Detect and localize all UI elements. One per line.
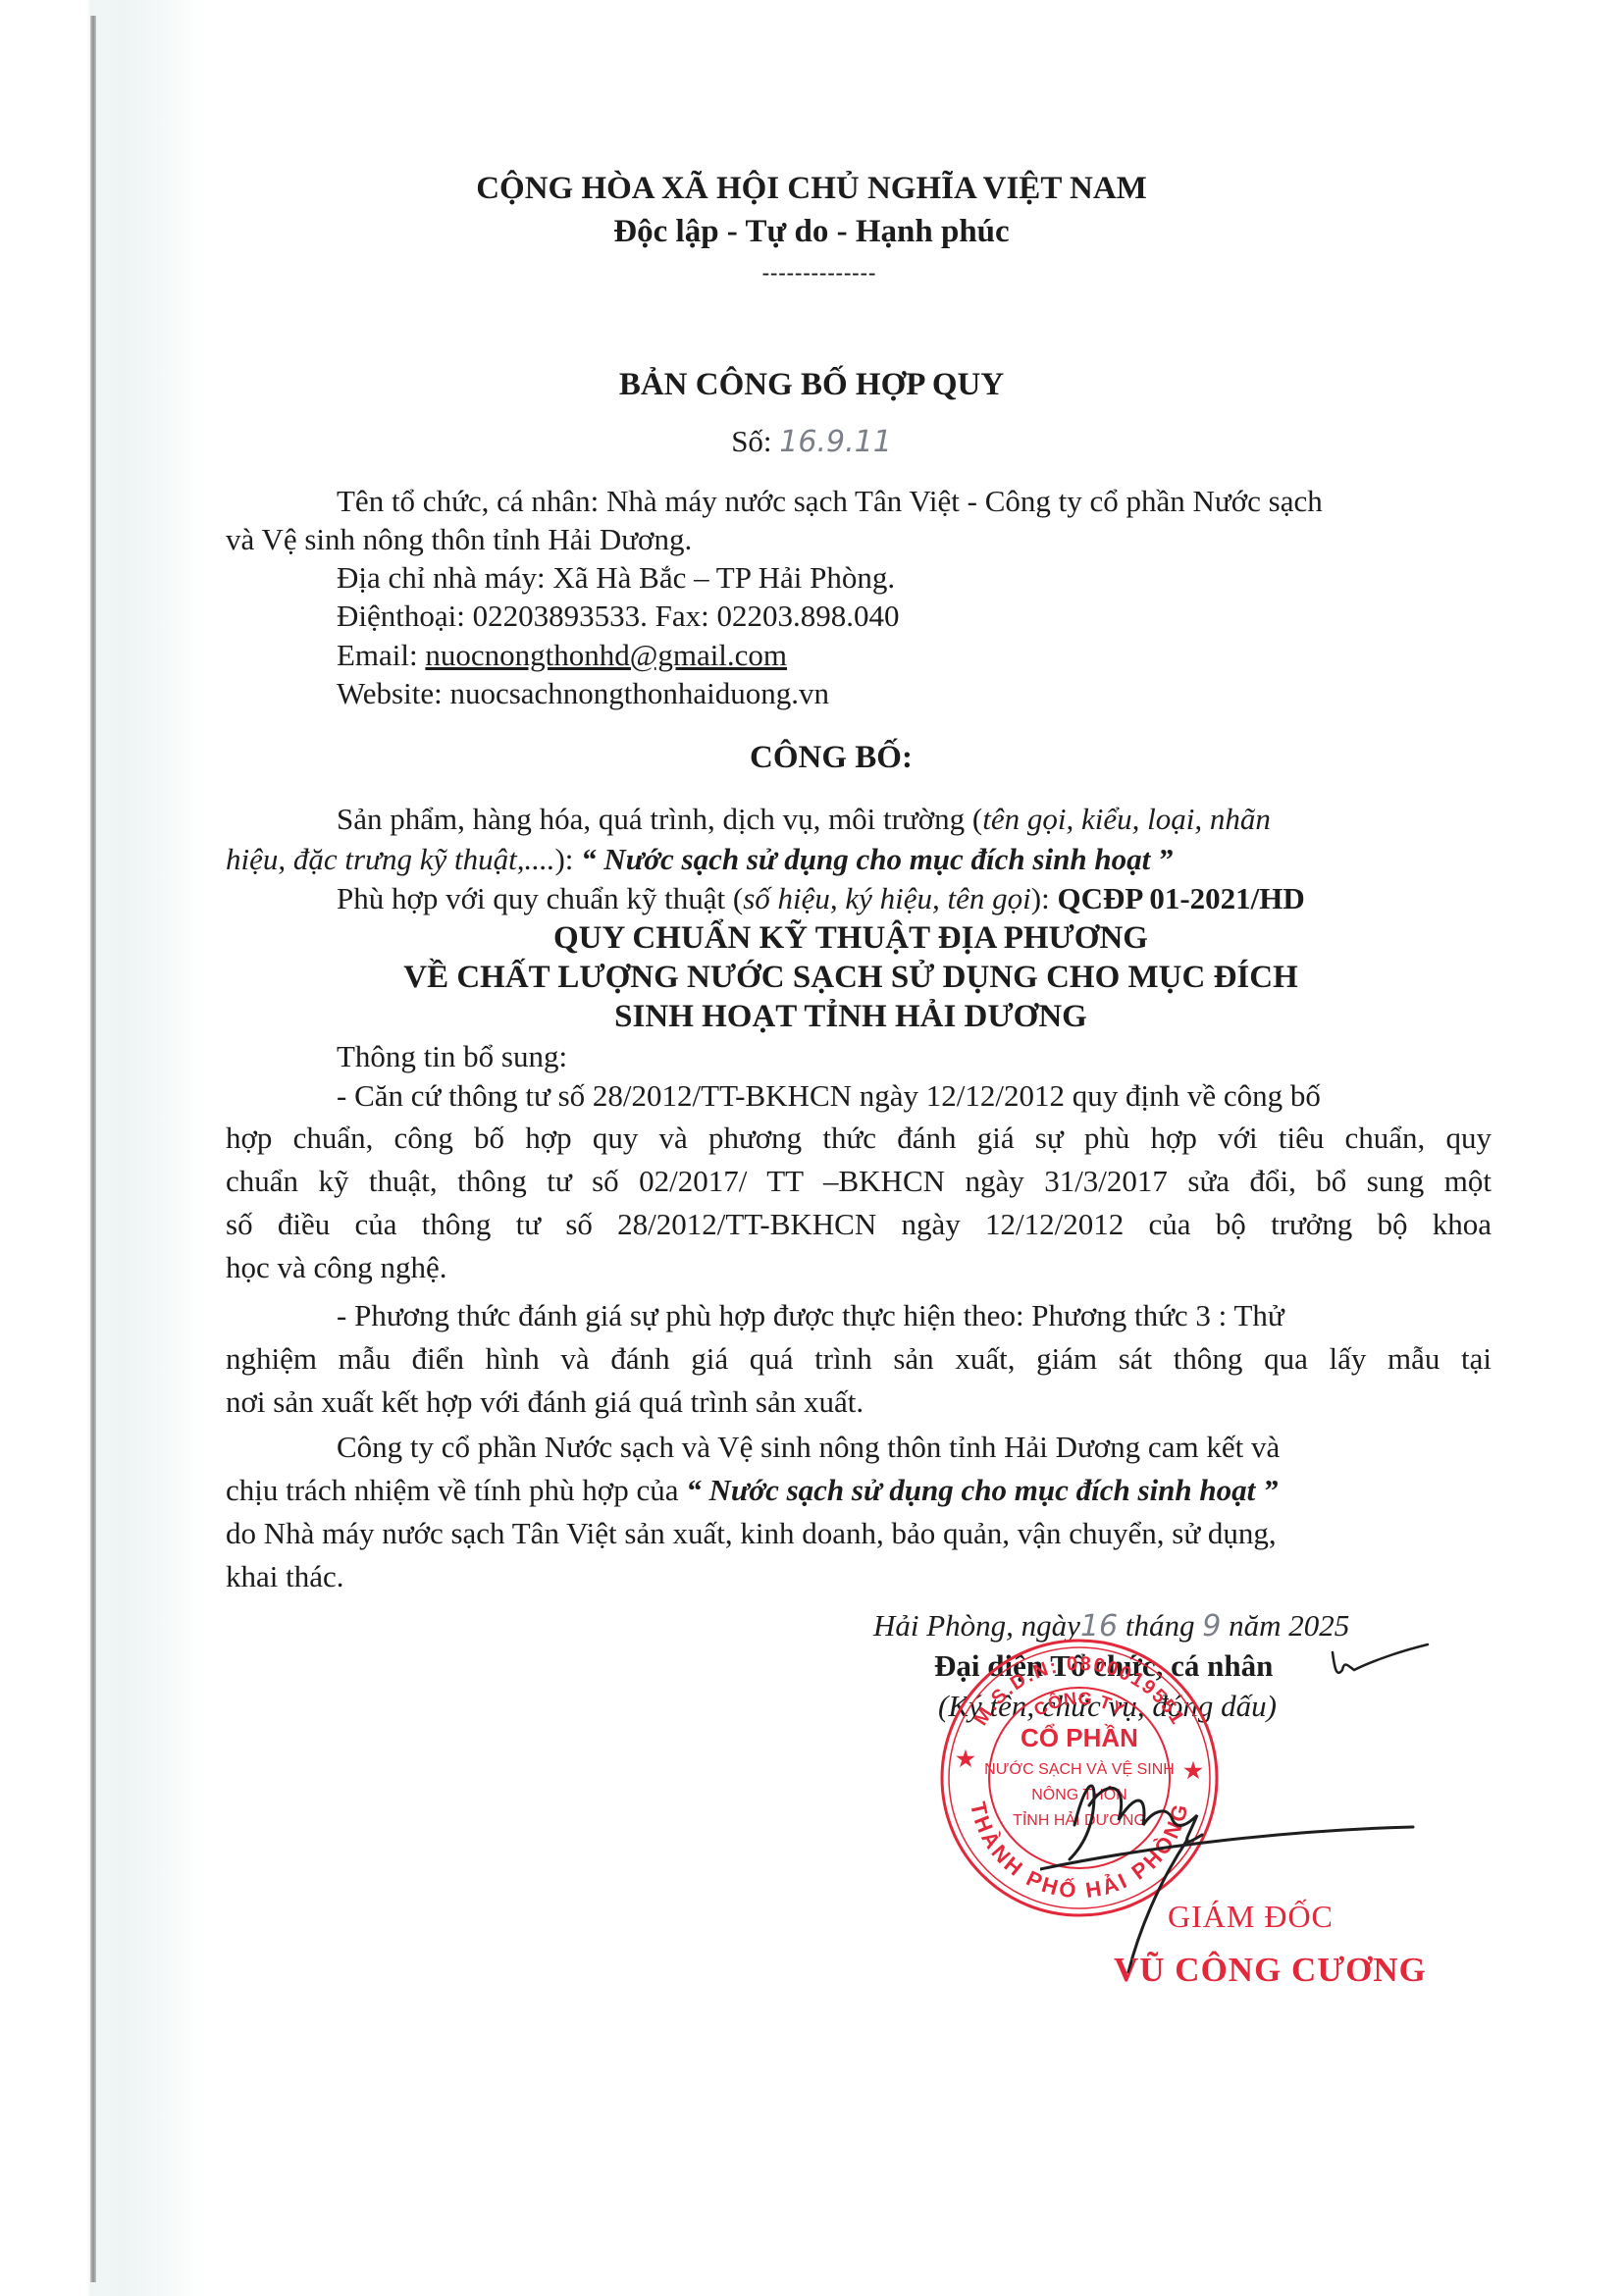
initials-mark (1325, 1641, 1433, 1690)
signer-position: GIÁM ĐỐC (1168, 1897, 1334, 1936)
additional-info-p1-line3: chuẩn kỹ thuật, thông tư số 02/2017/ TT … (226, 1162, 1492, 1201)
stamp-inner-top: CÔNG TY (1030, 1689, 1128, 1720)
additional-info-p1-line2: hợp chuẩn, công bố hợp quy và phương thứ… (226, 1119, 1492, 1158)
standard-title-line3: SINH HOẠT TỈNH HẢI DƯƠNG (0, 997, 1623, 1036)
email-link[interactable]: nuocnongthonhd@gmail.com (425, 638, 787, 672)
additional-info-p1-line4: số điều của thông tư số 28/2012/TT-BKHCN… (226, 1205, 1492, 1244)
stamp-star-left-icon: ★ (956, 1747, 975, 1771)
commitment-line2: chịu trách nhiệm về tính phù hợp của “ N… (226, 1471, 1279, 1510)
organization-email: Email: nuocnongthonhd@gmail.com (337, 636, 787, 675)
national-title: CỘNG HÒA XÃ HỘI CHỦ NGHĨA VIỆT NAM (0, 169, 1623, 208)
standard-title-line2: VỀ CHẤT LƯỢNG NƯỚC SẠCH SỬ DỤNG CHO MỤC … (0, 958, 1623, 997)
document-number: Số: 16.9.11 (0, 422, 1623, 462)
product-name: “ Nước sạch sử dụng cho mục đích sinh ho… (581, 842, 1173, 876)
commitment-product: “ Nước sạch sử dụng cho mục đích sinh ho… (686, 1473, 1278, 1507)
conformity-label-italic: số hiệu, ký hiệu, tên gọi (743, 881, 1031, 915)
document-title: BẢN CÔNG BỐ HỢP QUY (0, 365, 1623, 404)
additional-info-p2-line3: nơi sản xuất kết hợp với đánh giá quá tr… (226, 1383, 864, 1422)
additional-info-heading: Thông tin bổ sung: (337, 1037, 567, 1076)
national-motto: Độc lập - Tự do - Hạnh phúc (0, 212, 1623, 251)
organization-name-line2: và Vệ sinh nông thôn tỉnh Hải Dương. (226, 520, 692, 559)
organization-phone-fax: Điệnthoại: 02203893533. Fax: 02203.898.0… (337, 597, 899, 636)
additional-info-p1-line5: học và công nghệ. (226, 1248, 447, 1287)
declaration-product-line2: hiệu, đặc trưng kỹ thuật,....): “ Nước s… (226, 840, 1173, 879)
standard-title-line1: QUY CHUẨN KỸ THUẬT ĐỊA PHƯƠNG (0, 918, 1623, 958)
organization-website: Website: nuocsachnongthonhaiduong.vn (337, 674, 829, 713)
declaration-heading: CÔNG BỐ: (0, 738, 1623, 777)
additional-info-p2-line1: - Phương thức đánh giá sự phù hợp được t… (337, 1296, 1284, 1335)
additional-info-p2-line2: nghiệm mẫu điển hình và đánh giá quá trì… (226, 1339, 1492, 1379)
standard-code: QCĐP 01-2021/HD (1057, 881, 1304, 915)
product-label-italic-2: hiệu, đặc trưng kỹ thuật,.... (226, 842, 554, 876)
year-label: năm 2025 (1221, 1608, 1349, 1643)
commitment-text: chịu trách nhiệm về tính phù hợp của (226, 1473, 686, 1507)
product-label-colon: ): (554, 842, 581, 876)
svg-text:CÔNG TY: CÔNG TY (1030, 1689, 1128, 1720)
declaration-conformity: Phù hợp với quy chuẩn kỹ thuật (số hiệu,… (337, 879, 1305, 918)
commitment-line4: khai thác. (226, 1557, 344, 1596)
handwritten-signature (1040, 1766, 1452, 1982)
commitment-line1: Công ty cổ phần Nước sạch và Vệ sinh nôn… (337, 1428, 1280, 1467)
declaration-product-line1: Sản phẩm, hàng hóa, quá trình, dịch vụ, … (337, 800, 1271, 839)
conformity-label: Phù hợp với quy chuẩn kỹ thuật ( (337, 881, 743, 915)
conformity-colon: ): (1031, 881, 1058, 915)
scan-binding-line (90, 16, 96, 2282)
document-number-value: 16.9.11 (779, 425, 892, 459)
organization-address: Địa chỉ nhà máy: Xã Hà Bắc – TP Hải Phòn… (337, 558, 895, 598)
email-label: Email: (337, 638, 425, 672)
additional-info-p1-line1: - Căn cứ thông tư số 28/2012/TT-BKHCN ng… (337, 1076, 1321, 1116)
stamp-line1: CỔ PHẦN (1021, 1723, 1138, 1752)
document-number-label: Số: (731, 424, 771, 458)
product-label-text: Sản phẩm, hàng hóa, quá trình, dịch vụ, … (337, 802, 982, 836)
header-separator: -------------- (0, 253, 1623, 292)
product-label-italic: tên gọi, kiểu, loại, nhãn (982, 802, 1271, 836)
commitment-line3: do Nhà máy nước sạch Tân Việt sản xuất, … (226, 1514, 1277, 1553)
signer-name: VŨ CÔNG CƯƠNG (1114, 1951, 1427, 1990)
scan-edge-shadow (0, 0, 206, 2296)
organization-name-line1: Tên tổ chức, cá nhân: Nhà máy nước sạch … (337, 482, 1323, 521)
